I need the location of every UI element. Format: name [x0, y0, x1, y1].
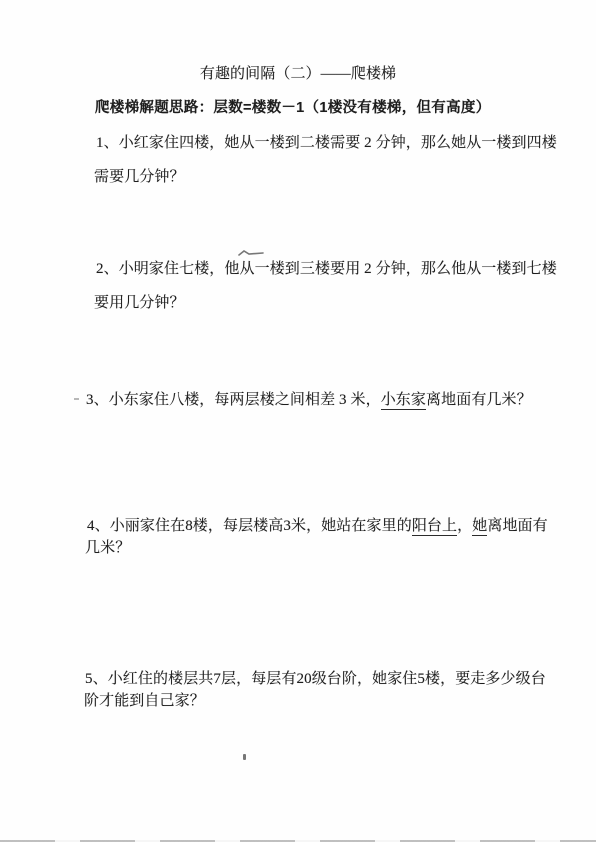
question-2-text: 要用几分钟？	[94, 295, 185, 311]
question-4-underlined-text: 阳台上	[412, 518, 457, 536]
question-3-underlined-text: 小东家	[381, 392, 426, 410]
question-3-line-1: 3、小东家住八楼，每两层楼之间相差 3 米，小东家离地面有几米？	[86, 392, 532, 409]
question-3-text: 3、小东家住八楼，每两层楼之间相差 3 米，	[86, 392, 381, 408]
question-1-text: 1、小红家住四楼，她从一楼到二楼需要 2 分钟，那么她从一楼到四楼	[96, 135, 557, 151]
question-5-text: 阶才能到自己家？	[84, 693, 205, 709]
question-1-line-2: 需要几分钟？	[94, 169, 185, 186]
question-2-line-2: 要用几分钟？	[94, 295, 185, 312]
question-4-underlined-text: 她	[472, 518, 487, 536]
scan-speck-artifact	[243, 754, 246, 760]
question-4-text: ，	[457, 518, 472, 534]
worksheet-page: 有趣的间隔（二）——爬楼梯 爬楼梯解题思路：层数=楼数－1（1楼没有楼梯，但有高…	[0, 0, 596, 842]
question-1-text: 需要几分钟？	[94, 169, 185, 185]
question-1-line-1: 1、小红家住四楼，她从一楼到二楼需要 2 分钟，那么她从一楼到四楼	[96, 135, 557, 152]
question-5-line-2: 阶才能到自己家？	[84, 693, 205, 710]
question-5-text: 5、小红住的楼层共7层，每层有20级台阶，她家住5楼，要走多少级台	[85, 671, 546, 687]
question-5-line-1: 5、小红住的楼层共7层，每层有20级台阶，她家住5楼，要走多少级台	[85, 671, 546, 688]
pencil-tick-artifact	[237, 248, 265, 258]
page-title: 有趣的间隔（二）——爬楼梯	[0, 66, 596, 83]
question-4-line-1: 4、小丽家住在8楼，每层楼高3米，她站在家里的阳台上，她离地面有	[87, 518, 548, 535]
question-2-line-1: 2、小明家住七楼，他从一楼到三楼要用 2 分钟，那么他从一楼到七楼	[96, 261, 557, 278]
question-4-text: 离地面有	[487, 518, 547, 534]
question-4-text: 4、小丽家住在8楼，每层楼高3米，她站在家里的	[87, 518, 412, 534]
question-4-text: 几米？	[85, 540, 130, 556]
question-3-text: 离地面有几米？	[426, 392, 532, 408]
scan-dash-artifact	[74, 398, 79, 400]
strategy-note: 爬楼梯解题思路：层数=楼数－1（1楼没有楼梯，但有高度）	[95, 100, 491, 117]
question-4-line-2: 几米？	[85, 540, 130, 557]
question-2-text: 2、小明家住七楼，他从一楼到三楼要用 2 分钟，那么他从一楼到七楼	[96, 261, 557, 277]
